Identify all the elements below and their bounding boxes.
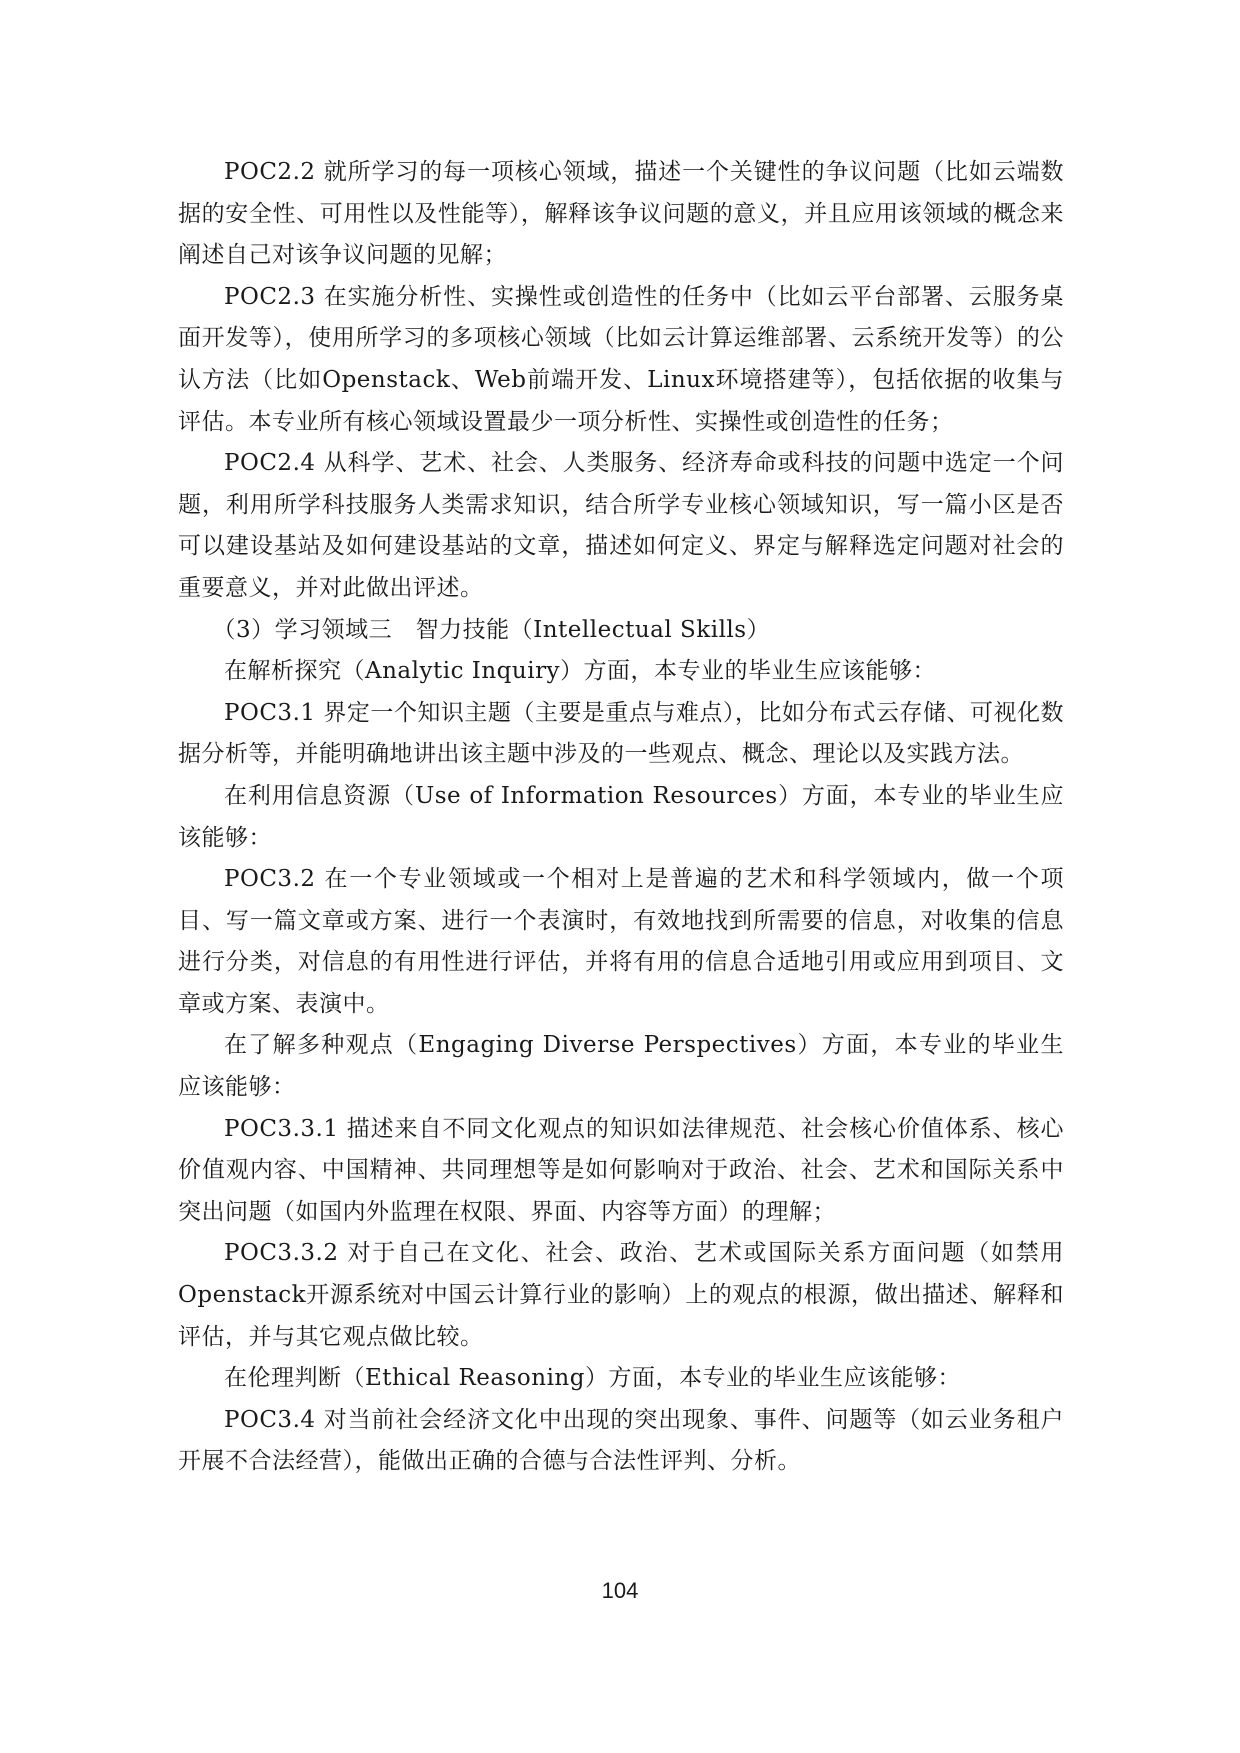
paragraph-ethical-reasoning: 在伦理判断（Ethical Reasoning）方面，本专业的毕业生应该能够： (178, 1358, 1064, 1400)
section-heading-intellectual-skills: （3）学习领域三 智力技能（Intellectual Skills） (178, 610, 1064, 652)
document-page: POC2.2 就所学习的每一项核心领域，描述一个关键性的争议问题（比如云端数据的… (178, 152, 1064, 1483)
paragraph-poc3-3-1: POC3.3.1 描述来自不同文化观点的知识如法律规范、社会核心价值体系、核心价… (178, 1109, 1064, 1234)
page-number: 104 (0, 1578, 1240, 1604)
paragraph-poc3-4: POC3.4 对当前社会经济文化中出现的突出现象、事件、问题等（如云业务租户开展… (178, 1400, 1064, 1483)
paragraph-poc2-2: POC2.2 就所学习的每一项核心领域，描述一个关键性的争议问题（比如云端数据的… (178, 152, 1064, 277)
paragraph-poc2-3: POC2.3 在实施分析性、实操性或创造性的任务中（比如云平台部署、云服务桌面开… (178, 277, 1064, 443)
paragraph-diverse-perspectives: 在了解多种观点（Engaging Diverse Perspectives）方面… (178, 1025, 1064, 1108)
paragraph-info-resources: 在利用信息资源（Use of Information Resources）方面，… (178, 776, 1064, 859)
paragraph-analytic-inquiry: 在解析探究（Analytic Inquiry）方面，本专业的毕业生应该能够： (178, 651, 1064, 693)
paragraph-poc3-2: POC3.2 在一个专业领域或一个相对上是普遍的艺术和科学领域内，做一个项目、写… (178, 859, 1064, 1025)
paragraph-poc3-3-2: POC3.3.2 对于自己在文化、社会、政治、艺术或国际关系方面问题（如禁用Op… (178, 1233, 1064, 1358)
paragraph-poc2-4: POC2.4 从科学、艺术、社会、人类服务、经济寿命或科技的问题中选定一个问题，… (178, 443, 1064, 609)
paragraph-poc3-1: POC3.1 界定一个知识主题（主要是重点与难点），比如分布式云存储、可视化数据… (178, 693, 1064, 776)
